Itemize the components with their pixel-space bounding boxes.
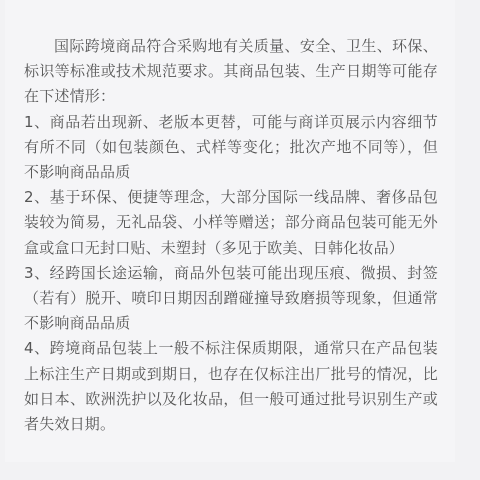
cross-border-goods-notice: 国际跨境商品符合采购地有关质量、安全、卫生、环保、标识等标准或技术规范要求。其商… <box>24 34 438 437</box>
item-number: 2、 <box>24 188 50 206</box>
notice-item-1: 1、商品若出现新、老版本更替，可能与商详页展示内容细节有所不同（如包装颜色、式样… <box>24 110 438 186</box>
notice-item-3: 3、经跨国长途运输，商品外包装可能出现压痕、微损、封签（若有）脱开、喷印日期因刮… <box>24 261 438 337</box>
item-text: 经跨国长途运输，商品外包装可能出现压痕、微损、封签（若有）脱开、喷印日期因刮蹭碰… <box>24 264 438 332</box>
item-number: 4、 <box>24 339 50 357</box>
item-text: 基于环保、便捷等理念，大部分国际一线品牌、奢侈品包装较为简易，无礼品袋、小样等赠… <box>24 188 438 256</box>
item-text: 跨境商品包装上一般不标注保质期限，通常只在产品包装上标注生产日期或到期日，也存在… <box>24 339 438 433</box>
notice-item-4: 4、跨境商品包装上一般不标注保质期限，通常只在产品包装上标注生产日期或到期日，也… <box>24 336 438 437</box>
item-text: 商品若出现新、老版本更替，可能与商详页展示内容细节有所不同（如包装颜色、式样等变… <box>24 113 438 181</box>
item-number: 1、 <box>24 113 50 131</box>
intro-paragraph: 国际跨境商品符合采购地有关质量、安全、卫生、环保、标识等标准或技术规范要求。其商… <box>24 34 438 110</box>
notice-page: 国际跨境商品符合采购地有关质量、安全、卫生、环保、标识等标准或技术规范要求。其商… <box>0 0 480 480</box>
item-number: 3、 <box>24 264 50 282</box>
notice-item-2: 2、基于环保、便捷等理念，大部分国际一线品牌、奢侈品包装较为简易，无礼品袋、小样… <box>24 185 438 261</box>
